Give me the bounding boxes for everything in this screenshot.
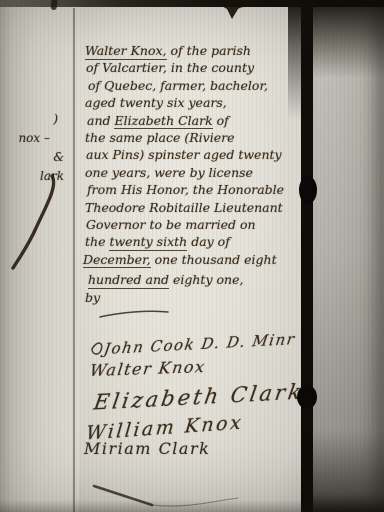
body-line: from His Honor, the Honorable xyxy=(87,181,301,198)
body-line-underlined-text: Walter Knox, xyxy=(85,43,167,60)
body-line-text: the xyxy=(85,234,109,249)
margin-note-line: & xyxy=(0,148,64,167)
body-line: aux Pins) spinster aged twenty xyxy=(86,146,301,163)
body-line: Governor to be married on xyxy=(86,216,301,233)
body-line: by xyxy=(85,289,301,306)
body-line: one years, were by license xyxy=(85,164,301,181)
photographed-register-page: ) nox – & lark Walter Knox, of the paris… xyxy=(0,0,384,512)
body-line-text: and xyxy=(87,113,114,128)
body-line: and Elizabeth Clark of xyxy=(87,112,301,129)
signature: John Cook D. D. Minr xyxy=(103,330,297,358)
body-line-text: of Quebec, farmer, bachelor, xyxy=(88,78,268,93)
signature: Elizabeth Clark xyxy=(92,379,305,414)
left-page-margin-area xyxy=(0,0,79,512)
body-line-text: the same place (Riviere xyxy=(85,130,234,145)
body-line: Theodore Robitaille Lieutenant xyxy=(85,199,301,216)
body-line-text: of Valcartier, in the county xyxy=(86,60,254,75)
body-line: the twenty sixth day of xyxy=(85,233,301,250)
margin-note-knox-and-clark: ) nox – & lark xyxy=(0,110,69,186)
body-line-text: of the parish xyxy=(167,43,251,58)
page-bottom-shadow xyxy=(0,500,384,512)
margin-note-line: nox – xyxy=(0,129,64,148)
body-line-underlined-text: December, xyxy=(83,252,151,269)
body-line-text: one thousand eight xyxy=(151,252,277,267)
body-line-text: aged twenty six years, xyxy=(85,95,227,110)
body-line: of Valcartier, in the county xyxy=(86,59,301,76)
body-line: aged twenty six years, xyxy=(85,94,301,111)
facing-page-edge xyxy=(313,0,384,512)
margin-note-line: lark xyxy=(0,167,64,186)
body-line: Walter Knox, of the parish xyxy=(85,42,301,59)
signature: Walter Knox xyxy=(89,357,207,380)
register-entry-text: Walter Knox, of the parish of Valcartier… xyxy=(85,42,301,306)
body-line-underlined-text: twenty sixth xyxy=(109,234,187,251)
body-line-text: from His Honor, the Honorable xyxy=(87,182,284,197)
margin-note-line: ) xyxy=(0,110,64,129)
body-line-text: Theodore Robitaille Lieutenant xyxy=(85,200,283,215)
signature-block: John Cook D. D. Minr Walter Knox Elizabe… xyxy=(84,329,302,458)
margin-rule-line xyxy=(73,8,75,512)
body-line-text: Governor to be married on xyxy=(86,217,256,232)
body-line-text: aux Pins) spinster aged twenty xyxy=(86,147,282,162)
body-line: December, one thousand eight xyxy=(83,251,301,268)
body-line: of Quebec, farmer, bachelor, xyxy=(88,77,301,94)
page-top-edge-shadow xyxy=(0,0,384,7)
body-line-underlined-text: hundred and xyxy=(88,272,169,289)
body-line-text: of xyxy=(213,113,229,128)
body-line: the same place (Riviere xyxy=(85,129,301,146)
body-line-text: by xyxy=(85,290,100,305)
body-line-underlined-text: Elizabeth Clark xyxy=(114,113,212,130)
body-line: hundred and eighty one, xyxy=(88,271,301,288)
body-line-text: eighty one, xyxy=(169,272,243,287)
body-line-text: day of xyxy=(187,234,230,249)
body-line-text: one years, were by license xyxy=(85,165,253,180)
